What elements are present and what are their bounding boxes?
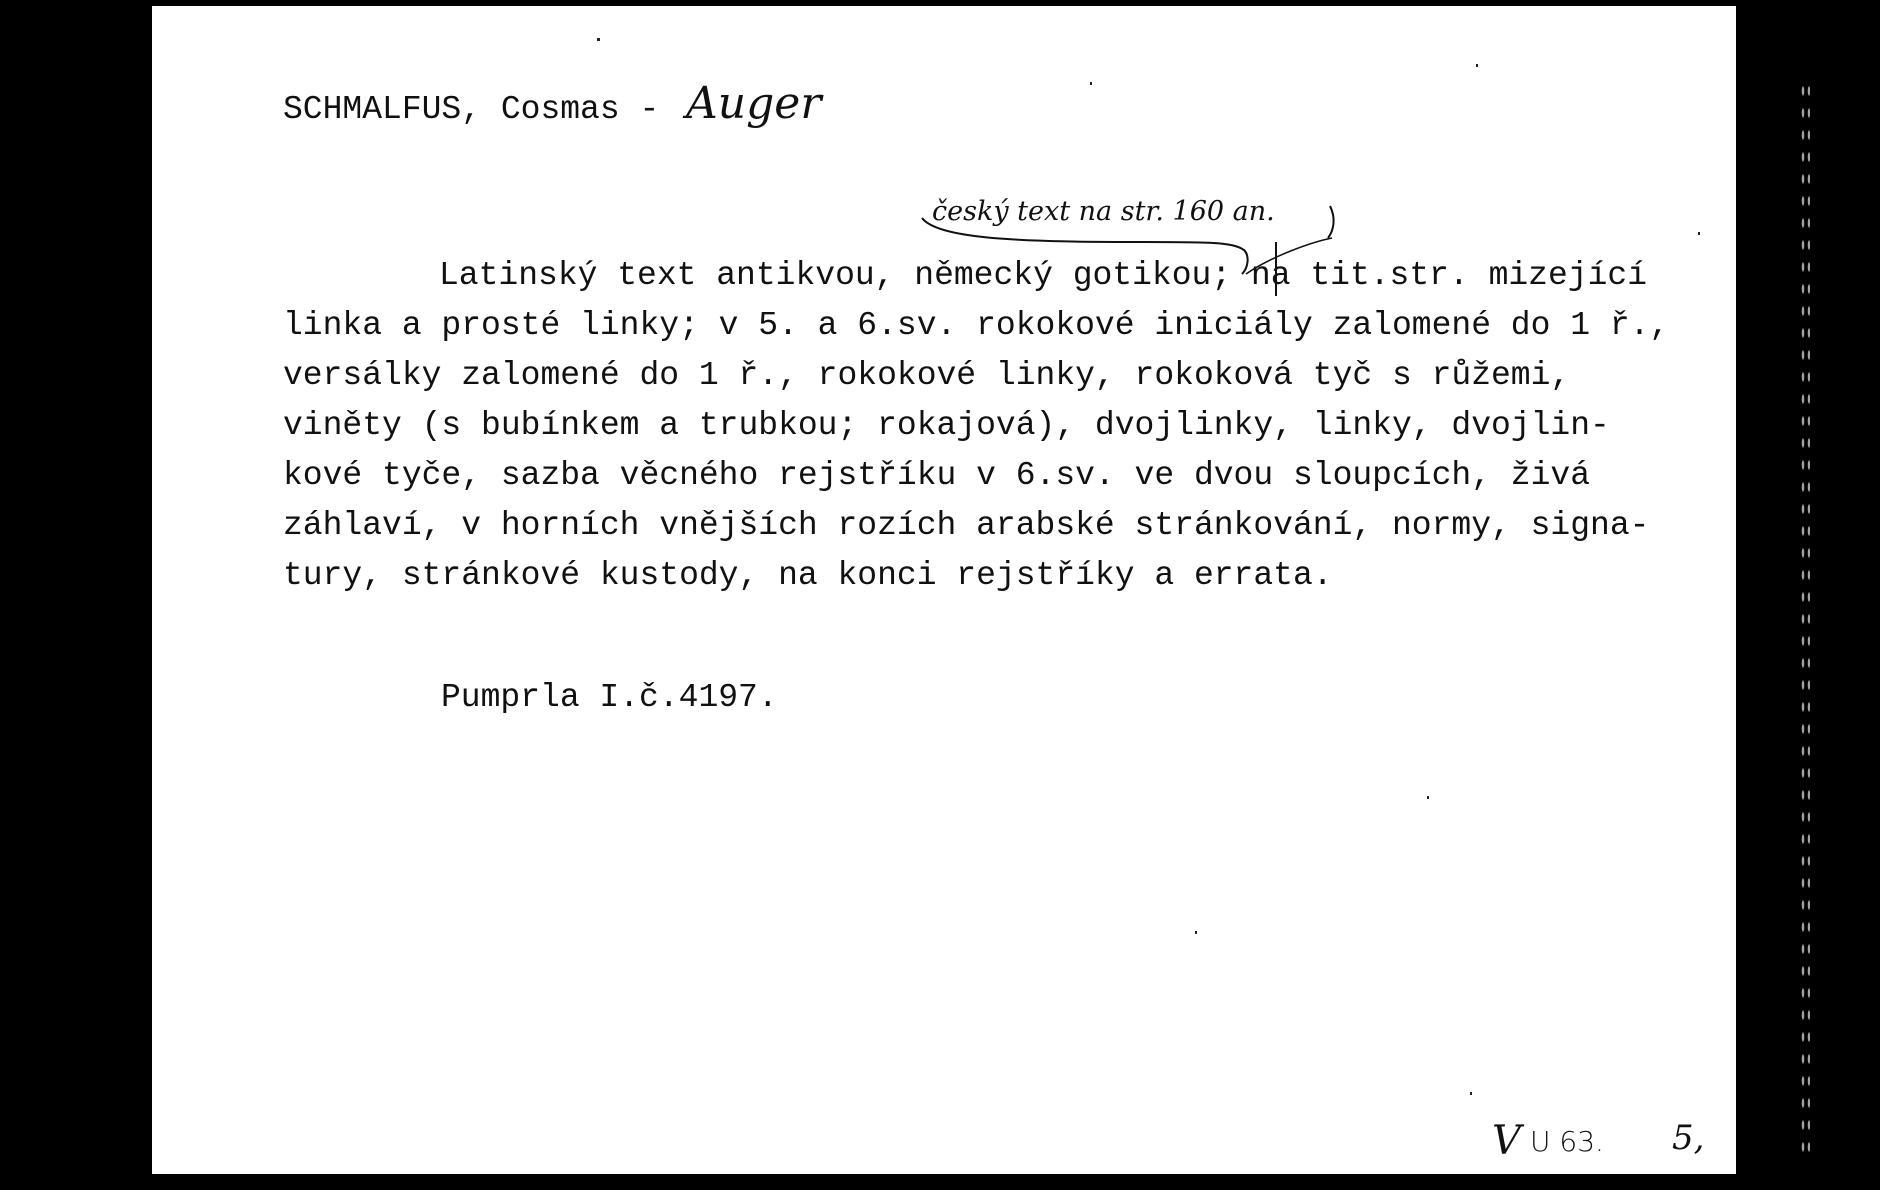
scan-speck bbox=[1090, 82, 1092, 85]
bibliographic-reference: Pumprla I.č.4197. bbox=[441, 681, 778, 714]
scan-speck bbox=[1195, 931, 1197, 934]
body-line: kové tyče, sazba věcného rejstříku v 6.s… bbox=[283, 459, 1590, 492]
body-line: Latinský text antikvou, německý gotikou;… bbox=[439, 259, 1647, 292]
footer-handwritten-prefix: V bbox=[1492, 1118, 1521, 1164]
body-line: viněty (s bubínkem a trubkou; rokajová),… bbox=[283, 409, 1610, 442]
footer-handwritten-suffix: 5, bbox=[1672, 1118, 1704, 1158]
footer-shelfmark: U 63. bbox=[1530, 1128, 1604, 1156]
scan-speck bbox=[1470, 1092, 1472, 1095]
body-line: versálky zalomené do 1 ř., rokokové link… bbox=[283, 359, 1570, 392]
body-line: záhlaví, v horních vnějších rozích arabs… bbox=[283, 509, 1649, 542]
scan-noise-edge bbox=[1800, 80, 1810, 1160]
body-line: linka a prosté linky; v 5. a 6.sv. rokok… bbox=[283, 309, 1669, 342]
scan-speck bbox=[1698, 232, 1700, 235]
scan-speck bbox=[1476, 64, 1478, 67]
scan-speck bbox=[597, 38, 600, 41]
catalog-card: SCHMALFUS, Cosmas - Auger český text na … bbox=[152, 6, 1736, 1174]
scan-speck bbox=[1427, 796, 1429, 799]
body-line: tury, stránkové kustody, na konci rejstř… bbox=[283, 559, 1333, 592]
